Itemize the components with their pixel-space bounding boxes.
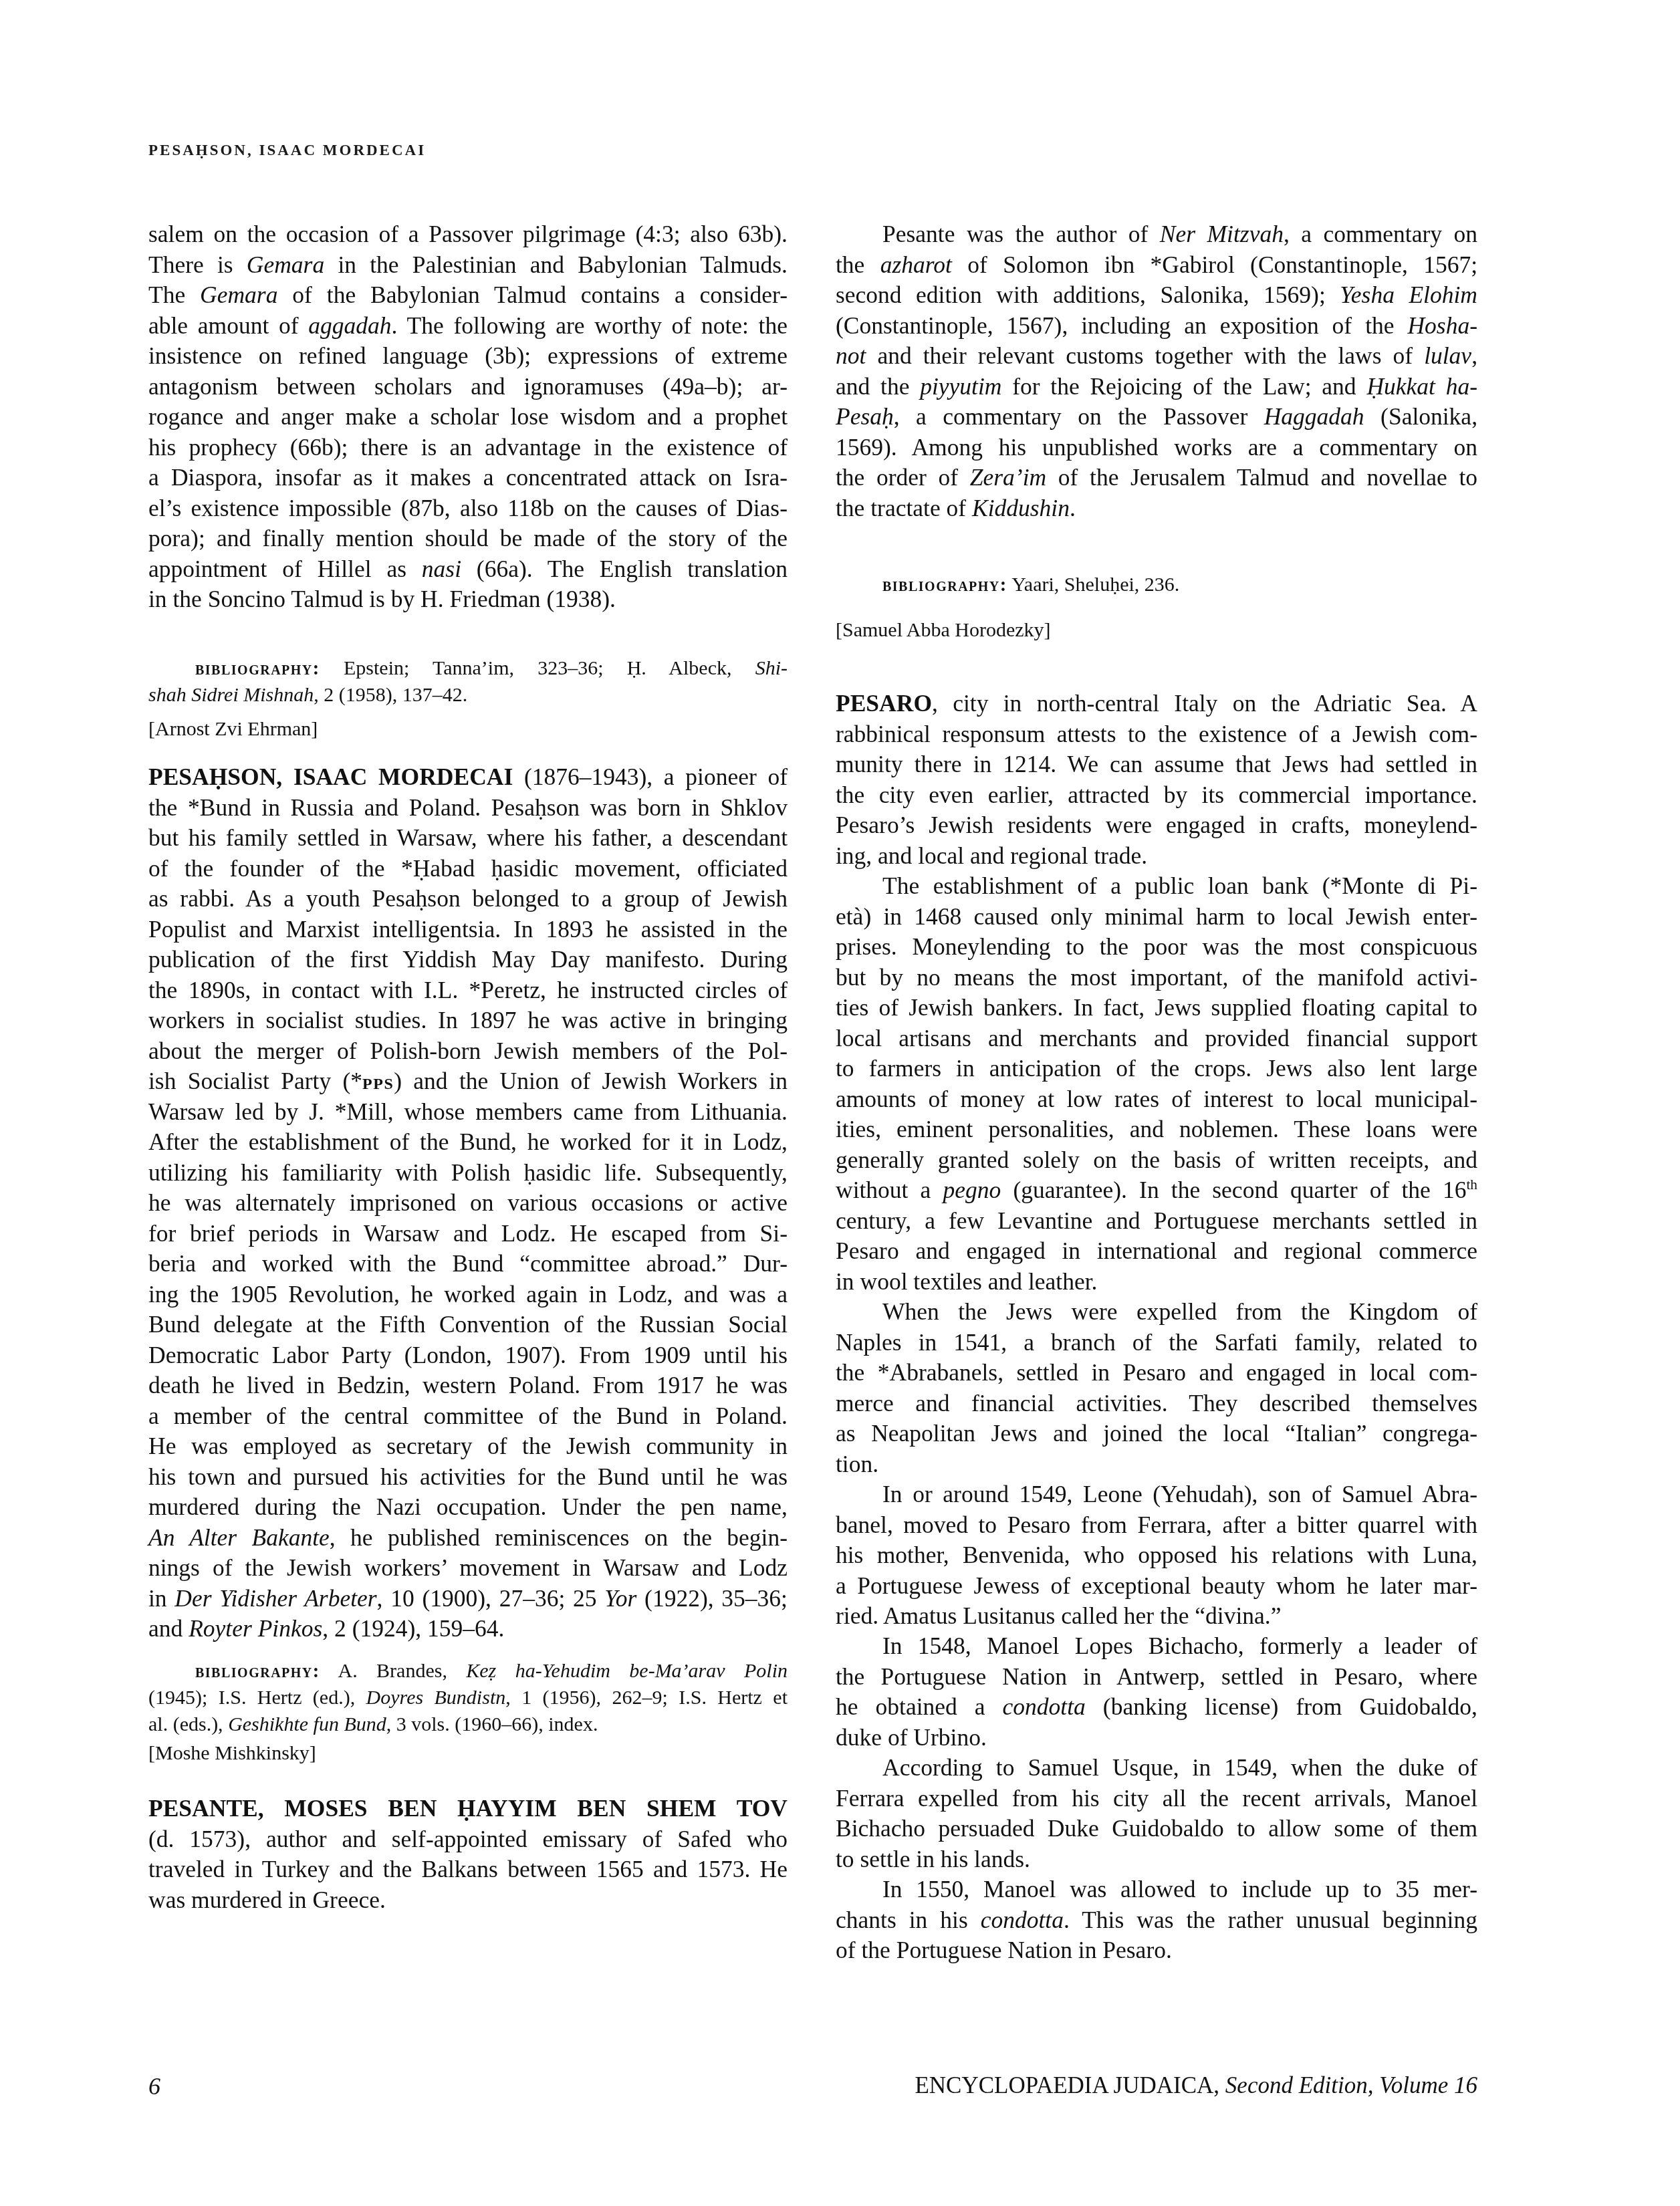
text-line: PESANTE, MOSES BEN ḤAYYIM BEN SHEM TOV (148, 1794, 788, 1824)
author-signature: [Moshe Mishkinsky] (148, 1738, 788, 1768)
text-line: After the establishment of the Bund, he … (148, 1127, 788, 1157)
text-run: There is (148, 251, 247, 278)
text-run: In 1550, Manoel was allowed to include u… (882, 1876, 1477, 1903)
text-run: . This was the rather unusual beginning (1064, 1907, 1477, 1933)
text-line: a member of the central committee of the… (148, 1401, 788, 1431)
text-line: 1569). Among his unpublished works are a… (836, 433, 1477, 463)
italic-term: Ḥukkat ha- (1366, 373, 1477, 400)
text-line: and Royter Pinkos, 2 (1924), 159–64. (148, 1614, 788, 1644)
superscript: th (1466, 1177, 1477, 1193)
text-line: nings of the Jewish workers’ movement in… (148, 1553, 788, 1583)
text-line: bibliography: Epstein; Tanna’im, 323–36;… (148, 655, 788, 682)
italic-term: condotta (1003, 1693, 1086, 1720)
text-line: In 1548, Manoel Lopes Bichacho, formerly… (836, 1631, 1477, 1661)
italic-term: Kiddushin (972, 495, 1070, 521)
text-line: Pesaro and engaged in international and … (836, 1236, 1477, 1266)
text-run: , 2 (1924), 159–64. (322, 1615, 504, 1642)
text-run: In 1548, Manoel Lopes Bichacho, formerly… (882, 1632, 1477, 1659)
text-line: second edition with additions, Salonika,… (836, 280, 1477, 310)
text-run: ing, and local and regional trade. (836, 842, 1147, 869)
text-line: his mother, Benvenida, who opposed his r… (836, 1540, 1477, 1570)
text-line: local artisans and merchants and provide… (836, 1023, 1477, 1054)
text-run: . The following are worthy of note: the (392, 312, 788, 339)
text-line: about the merger of Polish-born Jewish m… (148, 1036, 788, 1066)
text-run: murdered during the Nazi occupation. Und… (148, 1493, 788, 1520)
italic-term: shah Sidrei Mishnah (148, 684, 314, 706)
text-line: bibliography: A. Brandes, Keẓ ha-Yehudim… (148, 1658, 788, 1685)
text-line: but his family settled in Warsaw, where … (148, 823, 788, 853)
text-line: Warsaw led by J. *Mill, whose members ca… (148, 1097, 788, 1127)
author-signature: [Arnost Zvi Ehrman] (148, 714, 788, 744)
text-run: of Solomon ibn *Gabirol (Constantinople,… (952, 251, 1477, 278)
text-run: (1922), 35–36; (636, 1585, 788, 1612)
text-line: bibliography: Yaari, Sheluḥei, 236. (836, 572, 1477, 598)
italic-term: Yesha Elohim (1340, 281, 1477, 308)
text-run: a member of the central committee of the… (148, 1402, 788, 1429)
text-line: Bichacho persuaded Duke Guidobaldo to al… (836, 1814, 1477, 1844)
text-line: Naples in 1541, a branch of the Sarfati … (836, 1328, 1477, 1358)
text-run: He was employed as secretary of the Jewi… (148, 1433, 788, 1459)
italic-term: Zera’im (970, 464, 1046, 491)
text-run: in the Palestinian and Babylonian Talmud… (324, 251, 788, 278)
italic-term: Royter Pinkos (189, 1615, 322, 1642)
text-line: ing, and local and regional trade. (836, 841, 1477, 871)
entry-heading: PESAḤSON, ISAAC MORDECAI (148, 763, 513, 790)
text-line: the 1890s, in contact with I.L. *Peretz,… (148, 975, 788, 1005)
italic-term: Keẓ ha-Yehudim be-Ma’arav Polin (466, 1660, 788, 1682)
text-run: and the (836, 373, 920, 400)
text-line: età) in 1468 caused only minimal harm to… (836, 902, 1477, 932)
text-run: workers in socialist studies. In 1897 he… (148, 1007, 788, 1033)
text-run: about the merger of Polish-born Jewish m… (148, 1037, 788, 1064)
text-run: When the Jews were expelled from the Kin… (882, 1298, 1477, 1325)
text-line: to farmers in anticipation of the crops.… (836, 1054, 1477, 1084)
italic-term: azharot (880, 251, 952, 278)
text-run: , a commentary on (1284, 221, 1477, 247)
text-run: in wool textiles and leather. (836, 1268, 1097, 1295)
text-run: of the Portuguese Nation in Pesaro. (836, 1937, 1172, 1963)
text-line: ish Socialist Party (*pps) and the Union… (148, 1066, 788, 1096)
text-run: (banking license) from Guidobaldo, (1086, 1693, 1477, 1720)
text-run: publication of the first Yiddish May Day… (148, 946, 788, 973)
text-line: prises. Moneylending to the poor was the… (836, 932, 1477, 962)
text-line: banel, moved to Pesaro from Ferrara, aft… (836, 1510, 1477, 1540)
text-line: ities, eminent personalities, and noblem… (836, 1114, 1477, 1144)
text-line: tion. (836, 1449, 1477, 1479)
text-run: . (1070, 495, 1076, 521)
text-run: for brief periods in Warsaw and Lodz. He… (148, 1220, 788, 1247)
text-line: He was employed as secretary of the Jewi… (148, 1431, 788, 1461)
text-line: generally granted solely on the basis of… (836, 1145, 1477, 1175)
page-number: 6 (148, 2072, 160, 2100)
text-run: to farmers in anticipation of the crops.… (836, 1055, 1477, 1082)
text-run: appointment of Hillel as (148, 556, 422, 582)
smallcaps-label: bibliography: (195, 658, 320, 679)
text-run: After the establishment of the Bund, he … (148, 1128, 788, 1155)
text-run: Pesante was the author of (882, 221, 1160, 247)
italic-term: Pesaḥ (836, 403, 894, 430)
text-run: In or around 1549, Leone (Yehudah), son … (882, 1481, 1477, 1507)
text-run: to settle in his lands. (836, 1846, 1030, 1872)
text-line: the Portuguese Nation in Antwerp, settle… (836, 1662, 1477, 1692)
text-line: without a pegno (guarantee). In the seco… (836, 1175, 1477, 1205)
text-run: Ferrara expelled from his city all the r… (836, 1785, 1477, 1812)
text-run: ) and the Union of Jewish Workers in (394, 1068, 788, 1094)
text-run: nings of the Jewish workers’ movement in… (148, 1554, 788, 1581)
text-run: rabbinical responsum attests to the exis… (836, 721, 1477, 747)
text-line: amounts of money at low rates of interes… (836, 1084, 1477, 1114)
footer-publication: ENCYCLOPAEDIA JUDAICA, Second Edition, V… (842, 2072, 1477, 2099)
text-line: insistence on refined language (3b); exp… (148, 341, 788, 371)
text-run: in the Soncino Talmud is by H. Friedman … (148, 586, 616, 612)
text-run: , a commentary on the Passover (894, 403, 1264, 430)
entry-heading: PESARO (836, 690, 932, 717)
text-run: età) in 1468 caused only minimal harm to… (836, 903, 1477, 930)
text-run: salem on the occasion of a Passover pilg… (148, 221, 788, 247)
text-line: ing the 1905 Revolution, he worked again… (148, 1279, 788, 1310)
text-line: of the founder of the *Ḥabad ḥasidic mov… (148, 854, 788, 884)
text-line: the *Abrabanels, settled in Pesaro and e… (836, 1358, 1477, 1388)
text-line: appointment of Hillel as nasi (66a). The… (148, 554, 788, 584)
text-line: and the piyyutim for the Rejoicing of th… (836, 372, 1477, 402)
text-run: banel, moved to Pesaro from Ferrara, aft… (836, 1511, 1477, 1538)
text-run: Populist and Marxist intelligentsia. In … (148, 916, 788, 943)
text-run: insistence on refined language (3b); exp… (148, 342, 788, 369)
text-run: Epstein; Tanna’im, 323–36; Ḥ. Albeck, (320, 657, 755, 679)
smallcaps-label: bibliography: (195, 1661, 320, 1682)
text-line: antagonism between scholars and ignoramu… (148, 372, 788, 402)
italic-term: Hosha- (1407, 312, 1477, 339)
text-run: , he published reminiscences on the begi… (330, 1524, 788, 1551)
text-run: merce and financial activities. They des… (836, 1390, 1477, 1417)
text-run: (66a). The English translation (461, 556, 788, 582)
text-run: the order of (836, 464, 970, 491)
text-line: workers in socialist studies. In 1897 he… (148, 1005, 788, 1035)
text-run: the (836, 251, 880, 278)
text-run: el’s existence impossible (87b, also 118… (148, 495, 788, 521)
text-line: Populist and Marxist intelligentsia. In … (148, 914, 788, 945)
text-line: as rabbi. As a youth Pesaḥson belonged t… (148, 884, 788, 914)
text-run: and (148, 1615, 189, 1642)
text-run: of the Jerusalem Talmud and novellae to (1046, 464, 1477, 491)
text-run: a Diaspora, insofar as it makes a concen… (148, 464, 788, 491)
text-line: murdered during the Nazi occupation. Und… (148, 1492, 788, 1522)
text-line: not and their relevant customs together … (836, 341, 1477, 371)
italic-term: Ner Mitzvah (1160, 221, 1284, 247)
text-line: When the Jews were expelled from the Kin… (836, 1297, 1477, 1327)
text-run: ish Socialist Party (* (148, 1068, 362, 1094)
text-run: (d. 1573), author and self-appointed emi… (148, 1826, 788, 1852)
italic-term: aggadah (308, 312, 391, 339)
italic-term: piyyutim (920, 373, 1001, 400)
text-run: A. Brandes, (320, 1660, 467, 1682)
text-line: century, a few Levantine and Portuguese … (836, 1206, 1477, 1236)
text-run: his prophecy (66b); there is an advantag… (148, 434, 788, 461)
text-run: ried. Amatus Lusitanus called her the “d… (836, 1602, 1281, 1629)
text-run: Pesaro’s Jewish residents were engaged i… (836, 812, 1477, 838)
text-run: century, a few Levantine and Portuguese … (836, 1207, 1477, 1234)
italic-term: Doyres Bundistn (366, 1687, 506, 1709)
text-run: antagonism between scholars and ignoramu… (148, 373, 788, 400)
text-run: , city in north-central Italy on the Adr… (932, 690, 1477, 717)
italic-term: nasi (422, 556, 461, 582)
text-line: Bund delegate at the Fifth Convention of… (148, 1310, 788, 1340)
text-line: a Diaspora, insofar as it makes a concen… (148, 463, 788, 493)
text-line: In or around 1549, Leone (Yehudah), son … (836, 1479, 1477, 1509)
text-run: was murdered in Greece. (148, 1886, 386, 1913)
text-line: of the Portuguese Nation in Pesaro. (836, 1935, 1477, 1965)
text-run: his mother, Benvenida, who opposed his r… (836, 1542, 1477, 1568)
author-signature: [Samuel Abba Horodezky] (836, 615, 1477, 645)
text-line: a Portuguese Jewess of exceptional beaut… (836, 1571, 1477, 1601)
text-line: salem on the occasion of a Passover pilg… (148, 219, 788, 249)
text-line: Pesante was the author of Ner Mitzvah, a… (836, 219, 1477, 249)
text-run: ties of Jewish bankers. In fact, Jews su… (836, 994, 1477, 1021)
text-line: the azharot of Solomon ibn *Gabirol (Con… (836, 250, 1477, 280)
text-run: of the Babylonian Talmud contains a cons… (277, 281, 788, 308)
text-line: PESARO, city in north-central Italy on t… (836, 689, 1477, 719)
publication-edition: Second Edition, Volume 16 (1225, 2072, 1477, 2098)
text-line: his prophecy (66b); there is an advantag… (148, 433, 788, 463)
text-line: duke of Urbino. (836, 1723, 1477, 1753)
publication-title: ENCYCLOPAEDIA JUDAICA, (915, 2072, 1225, 2098)
text-run: the tractate of (836, 495, 972, 521)
text-run: the city even earlier, attracted by its … (836, 781, 1477, 808)
text-line: Pesaḥ, a commentary on the Passover Hagg… (836, 402, 1477, 432)
text-run: Bund delegate at the Fifth Convention of… (148, 1311, 788, 1338)
text-run: beria and worked with the Bund “committe… (148, 1250, 788, 1277)
text-run: Pesaro and engaged in international and … (836, 1237, 1477, 1264)
text-line: the order of Zera’im of the Jerusalem Ta… (836, 463, 1477, 493)
text-line: An Alter Bakante, he published reminisce… (148, 1523, 788, 1553)
text-run: the Portuguese Nation in Antwerp, settle… (836, 1663, 1477, 1690)
italic-term: Shi- (755, 657, 788, 679)
italic-term: condotta (981, 1907, 1064, 1933)
italic-term: pegno (943, 1177, 1001, 1203)
text-line: rogance and anger make a scholar lose wi… (148, 402, 788, 432)
italic-term: Yor (604, 1585, 636, 1612)
text-line: in Der Yidisher Arbeter, 10 (1900), 27–3… (148, 1584, 788, 1614)
text-run: ities, eminent personalities, and noblem… (836, 1116, 1477, 1142)
text-run: The establishment of a public loan bank … (882, 872, 1477, 899)
text-line: (d. 1573), author and self-appointed emi… (148, 1824, 788, 1854)
text-line: ried. Amatus Lusitanus called her the “d… (836, 1601, 1477, 1631)
text-run: his town and pursued his activities for … (148, 1463, 788, 1490)
text-run: in (148, 1585, 174, 1612)
text-line: chants in his condotta. This was the rat… (836, 1905, 1477, 1935)
text-run: , 1 (1956), 262–9; I.S. Hertz et (505, 1687, 788, 1709)
text-run: , (1471, 342, 1477, 369)
text-line: was murdered in Greece. (148, 1885, 788, 1915)
text-run: munity there in 1214. We can assume that… (836, 751, 1477, 777)
text-run: (guarantee). In the second quarter of th… (1001, 1177, 1466, 1203)
italic-term: Geshikhte fun Bund (228, 1713, 386, 1735)
text-run: ing the 1905 Revolution, he worked again… (148, 1281, 788, 1308)
text-run: rogance and anger make a scholar lose wi… (148, 403, 788, 430)
text-run: amounts of money at low rates of interes… (836, 1086, 1477, 1112)
text-line: (Constantinople, 1567), including an exp… (836, 311, 1477, 341)
text-line: for brief periods in Warsaw and Lodz. He… (148, 1219, 788, 1249)
text-line: There is Gemara in the Palestinian and B… (148, 250, 788, 280)
text-run: The (148, 281, 200, 308)
text-line: el’s existence impossible (87b, also 118… (148, 493, 788, 523)
text-run: Warsaw led by J. *Mill, whose members ca… (148, 1098, 788, 1125)
text-line: In 1550, Manoel was allowed to include u… (836, 1874, 1477, 1905)
text-run: for the Rejoicing of the Law; and (1001, 373, 1366, 400)
text-run: (1876–1943), a pioneer of (513, 763, 788, 790)
text-line: in the Soncino Talmud is by H. Friedman … (148, 584, 788, 614)
text-run: tion. (836, 1451, 878, 1477)
text-run: , 2 (1958), 137–42. (314, 684, 467, 706)
italic-term: Der Yidisher Arbeter (174, 1585, 376, 1612)
text-line: Pesaro’s Jewish residents were engaged i… (836, 810, 1477, 840)
text-run: Bichacho persuaded Duke Guidobaldo to al… (836, 1815, 1477, 1842)
text-line: his town and pursued his activities for … (148, 1462, 788, 1492)
running-head: PESAḤSON, ISAAC MORDECAI (148, 142, 426, 159)
text-run: (Salonika, (1364, 403, 1477, 430)
italic-term: An Alter Bakante (148, 1524, 330, 1551)
text-run: without a (836, 1177, 943, 1203)
smallcaps-label: bibliography: (882, 575, 1007, 596)
text-line: he obtained a condotta (banking license)… (836, 1692, 1477, 1722)
text-line: munity there in 1214. We can assume that… (836, 749, 1477, 779)
text-run: al. (eds.), (148, 1713, 228, 1735)
text-run: traveled in Turkey and the Balkans betwe… (148, 1856, 788, 1882)
text-line: as Neapolitan Jews and joined the local … (836, 1419, 1477, 1449)
text-line: the city even earlier, attracted by its … (836, 780, 1477, 810)
text-run: of the founder of the *Ḥabad ḥasidic mov… (148, 855, 788, 882)
text-run: the 1890s, in contact with I.L. *Peretz,… (148, 977, 788, 1003)
text-run: (1945); I.S. Hertz (ed.), (148, 1687, 366, 1709)
text-line: to settle in his lands. (836, 1844, 1477, 1874)
text-run: utilizing his familiarity with Polish ḥa… (148, 1159, 788, 1186)
italic-term: Gemara (247, 251, 324, 278)
text-run: (Constantinople, 1567), including an exp… (836, 312, 1407, 339)
text-run: Naples in 1541, a branch of the Sarfati … (836, 1329, 1477, 1356)
text-run: he obtained a (836, 1693, 1003, 1720)
text-line: in wool textiles and leather. (836, 1267, 1477, 1297)
text-line: able amount of aggadah. The following ar… (148, 311, 788, 341)
text-line: traveled in Turkey and the Balkans betwe… (148, 1854, 788, 1884)
text-run: According to Samuel Usque, in 1549, when… (882, 1754, 1477, 1781)
text-line: rabbinical responsum attests to the exis… (836, 719, 1477, 749)
text-run: , 3 vols. (1960–66), index. (386, 1713, 598, 1735)
text-line: (1945); I.S. Hertz (ed.), Doyres Bundist… (148, 1685, 788, 1711)
text-line: pora); and finally mention should be mad… (148, 523, 788, 554)
text-run: and their relevant customs together with… (866, 342, 1424, 369)
text-run: but by no means the most important, of t… (836, 964, 1477, 991)
italic-term: Haggadah (1264, 403, 1364, 430)
text-line: the *Bund in Russia and Poland. Pesaḥson… (148, 793, 788, 823)
text-run: pora); and finally mention should be mad… (148, 525, 788, 551)
text-run: Democratic Labor Party (London, 1907). F… (148, 1342, 788, 1368)
text-run: as Neapolitan Jews and joined the local … (836, 1420, 1477, 1447)
text-run: Yaari, Sheluḥei, 236. (1007, 574, 1180, 596)
text-line: al. (eds.), Geshikhte fun Bund, 3 vols. … (148, 1711, 788, 1738)
entry-heading: PESANTE, MOSES BEN ḤAYYIM BEN SHEM TOV (148, 1795, 788, 1822)
text-run: generally granted solely on the basis of… (836, 1146, 1477, 1173)
text-line: The establishment of a public loan bank … (836, 871, 1477, 901)
text-line: beria and worked with the Bund “committe… (148, 1249, 788, 1279)
text-run: 1569). Among his unpublished works are a… (836, 434, 1477, 461)
text-run: the *Abrabanels, settled in Pesaro and e… (836, 1359, 1477, 1386)
text-run: he was alternately imprisoned on various… (148, 1189, 788, 1216)
text-run: prises. Moneylending to the poor was the… (836, 933, 1477, 960)
text-run: as rabbi. As a youth Pesaḥson belonged t… (148, 885, 788, 912)
text-run: chants in his (836, 1907, 981, 1933)
text-run: death he lived in Bedzin, western Poland… (148, 1372, 788, 1398)
text-run: a Portuguese Jewess of exceptional beaut… (836, 1572, 1477, 1599)
text-run: local artisans and merchants and provide… (836, 1025, 1477, 1052)
text-run: duke of Urbino. (836, 1724, 987, 1751)
text-line: he was alternately imprisoned on various… (148, 1188, 788, 1218)
smallcaps-label: pps (362, 1070, 394, 1094)
text-run: , 10 (1900), 27–36; 25 (377, 1585, 605, 1612)
text-line: but by no means the most important, of t… (836, 963, 1477, 993)
text-run: able amount of (148, 312, 308, 339)
text-line: shah Sidrei Mishnah, 2 (1958), 137–42. (148, 682, 788, 709)
text-run: but his family settled in Warsaw, where … (148, 824, 788, 851)
text-run: second edition with additions, Salonika,… (836, 281, 1340, 308)
text-line: PESAḤSON, ISAAC MORDECAI (1876–1943), a … (148, 762, 788, 792)
text-line: The Gemara of the Babylonian Talmud cont… (148, 280, 788, 310)
italic-term: Gemara (200, 281, 277, 308)
text-line: utilizing his familiarity with Polish ḥa… (148, 1158, 788, 1188)
text-line: the tractate of Kiddushin. (836, 493, 1477, 523)
text-line: ties of Jewish bankers. In fact, Jews su… (836, 993, 1477, 1023)
italic-term: lulav (1424, 342, 1471, 369)
text-line: publication of the first Yiddish May Day… (148, 945, 788, 975)
text-line: merce and financial activities. They des… (836, 1388, 1477, 1419)
text-line: Ferrara expelled from his city all the r… (836, 1784, 1477, 1814)
text-run: the *Bund in Russia and Poland. Pesaḥson… (148, 794, 788, 821)
italic-term: not (836, 342, 866, 369)
text-line: According to Samuel Usque, in 1549, when… (836, 1753, 1477, 1783)
text-line: Democratic Labor Party (London, 1907). F… (148, 1340, 788, 1370)
text-line: death he lived in Bedzin, western Poland… (148, 1370, 788, 1400)
